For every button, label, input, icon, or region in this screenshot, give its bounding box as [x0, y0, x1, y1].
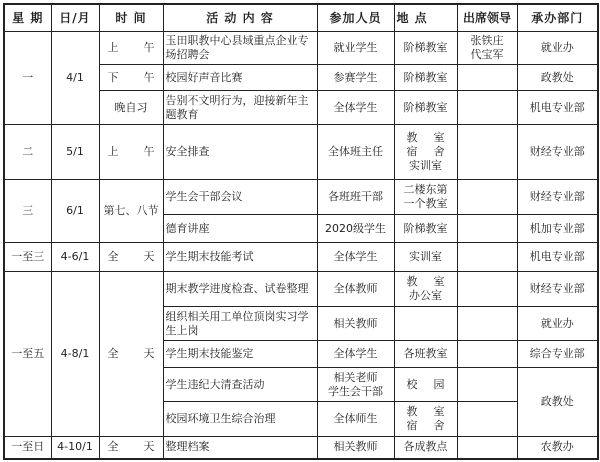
location-cell: [394, 307, 457, 341]
location-part: 舍: [434, 419, 445, 433]
dept-cell: 就业办: [517, 32, 598, 65]
activity-cell: 校园环境卫生综合治理: [163, 402, 317, 437]
participants-cell: 全体班主任: [317, 125, 394, 180]
time-part: 午: [144, 71, 155, 85]
activity-cell: 学生期末技能鉴定: [163, 341, 317, 368]
location-cell: 实训室: [394, 243, 457, 272]
dept-cell: 综合专业部: [517, 341, 598, 368]
time-cell: 上午: [99, 125, 163, 180]
location-part: 教: [407, 405, 418, 419]
time-part: 天: [144, 440, 155, 454]
date-cell: 6/1: [51, 180, 99, 243]
participants-cell: 2020级学生: [317, 215, 394, 243]
weekday-cell: 一至五: [4, 272, 51, 437]
time-part: 上: [108, 41, 119, 55]
location-cell: 各成教点: [394, 437, 457, 459]
table-row: 一至三 4-6/1 全天 学生期末技能考试 全体学生 实训室 机电专业部: [4, 243, 598, 272]
activity-cell: 告别不文明行为，迎接新年主题教育: [163, 91, 317, 125]
time-part: 天: [144, 250, 155, 264]
leaders-cell: [457, 402, 517, 437]
header-row: 星 期 日/月 时 间 活 动 内 容 参加人员 地 点 出席领导 承办部门: [4, 4, 598, 32]
activity-cell: 学生期末技能考试: [163, 243, 317, 272]
location-line: 宿舍: [397, 145, 455, 159]
location-part: 宿: [407, 419, 418, 433]
weekday-cell: 一至三: [4, 243, 51, 272]
time-part: 全: [108, 440, 119, 454]
dept-cell: 机电专业部: [517, 243, 598, 272]
dept-cell: 财经专业部: [517, 180, 598, 215]
dept-cell: 财经专业部: [517, 272, 598, 307]
leaders-cell: [457, 341, 517, 368]
date-cell: 4-8/1: [51, 272, 99, 437]
header-weekday: 星 期: [4, 4, 51, 32]
participants-cell: 参赛学生: [317, 65, 394, 91]
time-part: 午: [144, 41, 155, 55]
leaders-cell: [457, 307, 517, 341]
location-part: 园: [434, 378, 445, 392]
time-part: 全: [108, 347, 119, 361]
time-cell: 全天: [99, 243, 163, 272]
activity-cell: 德育讲座: [163, 215, 317, 243]
activity-cell: 玉田职教中心县域重点企业专场招聘会: [163, 32, 317, 65]
participants-cell: 相关教师: [317, 437, 394, 459]
location-line: 办公室: [397, 289, 455, 303]
weekday-cell: 一至日: [4, 437, 51, 459]
date-cell: 4-10/1: [51, 437, 99, 459]
leader-name: 代宝军: [460, 48, 515, 62]
location-cell: 各班教室: [394, 341, 457, 368]
location-cell: 校园: [394, 368, 457, 402]
participant-line: 相关老师: [320, 371, 392, 385]
location-line: 一个教室: [397, 197, 455, 211]
participants-cell: 全体学生: [317, 243, 394, 272]
table-row: 一 4/1 上午 玉田职教中心县域重点企业专场招聘会 就业学生 阶梯教室 张铁庄…: [4, 32, 598, 65]
time-part: 天: [144, 347, 155, 361]
time-cell: 全天: [99, 272, 163, 437]
leaders-cell: 张铁庄代宝军: [457, 32, 517, 65]
time-part: 午: [144, 145, 155, 159]
location-line: 二楼东第: [397, 183, 455, 197]
location-cell: 教室 宿舍: [394, 402, 457, 437]
location-line: 教室: [397, 405, 455, 419]
activity-cell: 学生违纪大清查活动: [163, 368, 317, 402]
leader-name: 张铁庄: [460, 34, 515, 48]
location-cell: 阶梯教室: [394, 91, 457, 125]
header-location: 地 点: [394, 4, 457, 32]
location-cell: 二楼东第一个教室: [394, 180, 457, 215]
dept-cell: 就业办: [517, 307, 598, 341]
activity-cell: 校园好声音比赛: [163, 65, 317, 91]
activity-cell: 整理档案: [163, 437, 317, 459]
participant-line: 学生会干部: [320, 385, 392, 399]
location-cell: 阶梯教室: [394, 32, 457, 65]
leaders-cell: [457, 272, 517, 307]
weekday-cell: 二: [4, 125, 51, 180]
location-part: 教: [407, 275, 418, 289]
header-participants: 参加人员: [317, 4, 394, 32]
table-row: 一至五 4-8/1 全天 期末教学进度检查、试卷整理 全体教师 教室 办公室 财…: [4, 272, 598, 307]
location-cell: 教室 办公室: [394, 272, 457, 307]
participants-cell: 全体教师: [317, 272, 394, 307]
participants-cell: 全体学生: [317, 341, 394, 368]
time-part: 上: [108, 145, 119, 159]
participants-cell: 就业学生: [317, 32, 394, 65]
activity-cell: 组织相关用工单位顶岗实习学生上岗: [163, 307, 317, 341]
leaders-cell: [457, 180, 517, 215]
table-row: 二 5/1 上午 安全排查 全体班主任 教室 宿舍 实训室 财经专业部: [4, 125, 598, 180]
location-part: 室: [434, 275, 445, 289]
header-date: 日/月: [51, 4, 99, 32]
location-cell: 阶梯教室: [394, 215, 457, 243]
participants-cell: 全体师生: [317, 402, 394, 437]
table-row: 一至日 4-10/1 全天 整理档案 相关教师 各成教点 农教办: [4, 437, 598, 459]
location-line: 教室: [397, 275, 455, 289]
time-part: 全: [108, 250, 119, 264]
dept-cell: 机电专业部: [517, 91, 598, 125]
location-part: 室: [434, 405, 445, 419]
dept-cell: 机加专业部: [517, 215, 598, 243]
activity-cell: 安全排查: [163, 125, 317, 180]
date-cell: 4-6/1: [51, 243, 99, 272]
participants-cell: 全体学生: [317, 91, 394, 125]
dept-cell: 政教处: [517, 368, 598, 437]
location-part: 教: [407, 131, 418, 145]
location-line: 宿舍: [397, 419, 455, 433]
leaders-cell: [457, 91, 517, 125]
time-cell: 下午: [99, 65, 163, 91]
table-row: 三 6/1 第七、八节 学生会干部会议 各班班干部 二楼东第一个教室 财经专业部: [4, 180, 598, 215]
leaders-cell: [457, 368, 517, 402]
weekly-schedule-table: 星 期 日/月 时 间 活 动 内 容 参加人员 地 点 出席领导 承办部门 一…: [3, 3, 599, 460]
dept-cell: 财经专业部: [517, 125, 598, 180]
activity-cell: 期末教学进度检查、试卷整理: [163, 272, 317, 307]
leaders-cell: [457, 215, 517, 243]
location-part: 校: [407, 378, 418, 392]
participants-cell: 相关教师: [317, 307, 394, 341]
activity-cell: 学生会干部会议: [163, 180, 317, 215]
location-line: 教室: [397, 131, 455, 145]
leaders-cell: [457, 243, 517, 272]
location-cell: 阶梯教室: [394, 65, 457, 91]
leaders-cell: [457, 125, 517, 180]
participants-cell: 相关老师学生会干部: [317, 368, 394, 402]
header-dept: 承办部门: [517, 4, 598, 32]
time-cell: 第七、八节: [99, 180, 163, 243]
date-cell: 5/1: [51, 125, 99, 180]
location-part: 宿: [407, 145, 418, 159]
weekday-cell: 一: [4, 32, 51, 125]
dept-cell: 政教处: [517, 65, 598, 91]
time-cell: 晚自习: [99, 91, 163, 125]
location-line: 实训室: [397, 159, 455, 173]
time-part: 下: [108, 71, 119, 85]
time-cell: 全天: [99, 437, 163, 459]
date-cell: 4/1: [51, 32, 99, 125]
location-part: 舍: [434, 145, 445, 159]
time-cell: 上午: [99, 32, 163, 65]
participants-cell: 各班班干部: [317, 180, 394, 215]
header-time: 时 间: [99, 4, 163, 32]
location-part: 室: [434, 131, 445, 145]
dept-cell: 农教办: [517, 437, 598, 459]
header-leaders: 出席领导: [457, 4, 517, 32]
location-cell: 教室 宿舍 实训室: [394, 125, 457, 180]
leaders-cell: [457, 437, 517, 459]
header-activity: 活 动 内 容: [163, 4, 317, 32]
leaders-cell: [457, 65, 517, 91]
weekday-cell: 三: [4, 180, 51, 243]
